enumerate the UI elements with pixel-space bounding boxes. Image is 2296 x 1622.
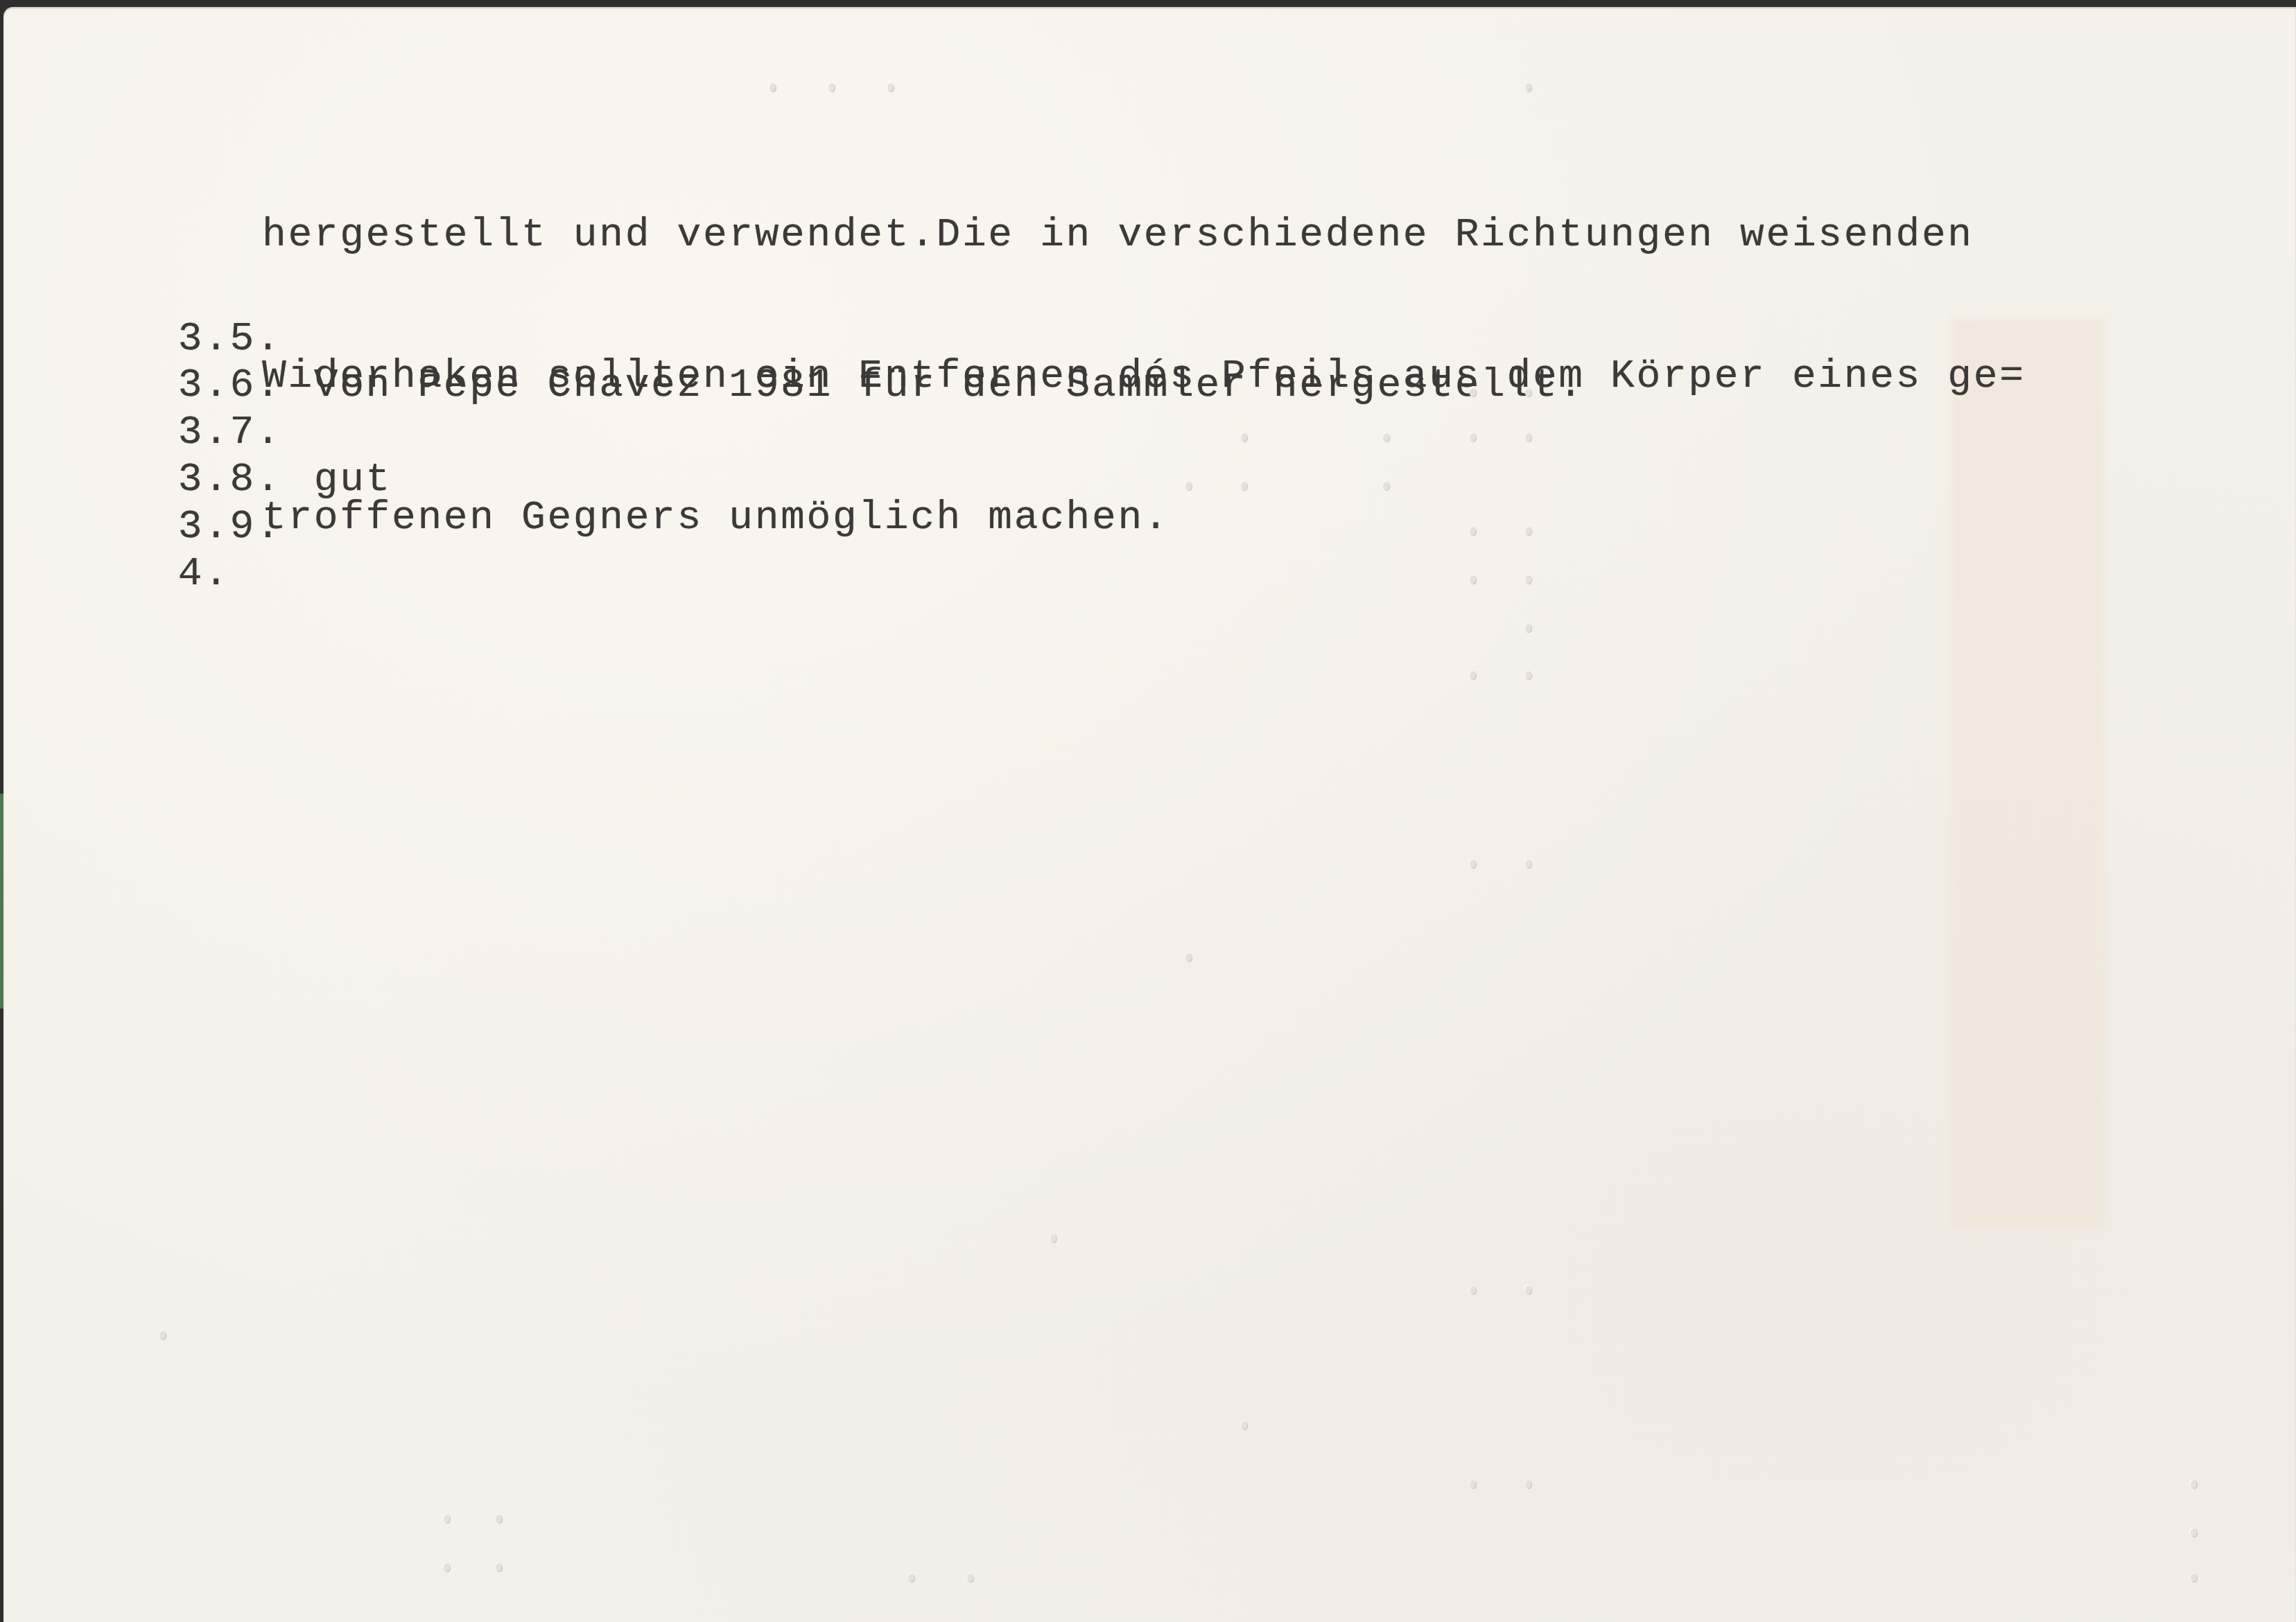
entry-row: 3.6.Von Pepe Chavez 1981 für den Sammler… (126, 315, 1585, 410)
emboss-dot (887, 83, 894, 91)
emboss-dot (1470, 671, 1476, 679)
emboss-dot (1185, 482, 1192, 490)
emboss-dot (2191, 1528, 2197, 1537)
emboss-dot (1241, 433, 1247, 442)
emboss-dot (828, 83, 835, 91)
emboss-dot (1241, 482, 1247, 490)
emboss-dot (1525, 860, 1531, 868)
emboss-dot (1525, 671, 1531, 679)
emboss-dot (159, 1331, 166, 1339)
entry-text: Von Pepe Chavez 1981 für den Sammler her… (314, 363, 1585, 410)
emboss-dot (1525, 388, 1531, 396)
paragraph-line: hergestellt und verwendet.Die in verschi… (262, 212, 2026, 259)
emboss-dot (1383, 482, 1389, 490)
emboss-dot (2191, 1573, 2197, 1582)
emboss-dot (1383, 433, 1389, 442)
emboss-dot (1525, 1480, 1531, 1488)
emboss-dot (1525, 83, 1531, 91)
emboss-dot (1470, 388, 1476, 396)
emboss-dot (1050, 1234, 1056, 1242)
paragraph-line: troffenen Gegners unmöglich machen. (262, 495, 2026, 542)
emboss-dot (769, 83, 776, 91)
emboss-dot (496, 1515, 502, 1523)
emboss-dot (1525, 527, 1531, 535)
emboss-dot (1185, 953, 1192, 961)
entry-text: gut (314, 457, 392, 504)
emboss-dot (1470, 575, 1476, 584)
entry-row: 4. (126, 504, 314, 598)
emboss-dot (1470, 527, 1476, 535)
emboss-dot (1525, 624, 1531, 632)
emboss-dot (908, 1573, 914, 1582)
emboss-dot (1525, 575, 1531, 584)
emboss-dot (2191, 1480, 2197, 1488)
emboss-dot (1470, 860, 1476, 868)
entry-number: 4. (178, 551, 314, 598)
emboss-dot (496, 1563, 502, 1571)
emboss-dot (1470, 1480, 1476, 1488)
emboss-dot (444, 1563, 450, 1571)
emboss-dot (1241, 1421, 1247, 1429)
emboss-dot (967, 1573, 973, 1582)
emboss-dot (1470, 433, 1476, 442)
emboss-dot (1525, 433, 1531, 442)
emboss-dot (1470, 1286, 1476, 1294)
emboss-dot (444, 1515, 450, 1523)
emboss-dot (1525, 1286, 1531, 1294)
